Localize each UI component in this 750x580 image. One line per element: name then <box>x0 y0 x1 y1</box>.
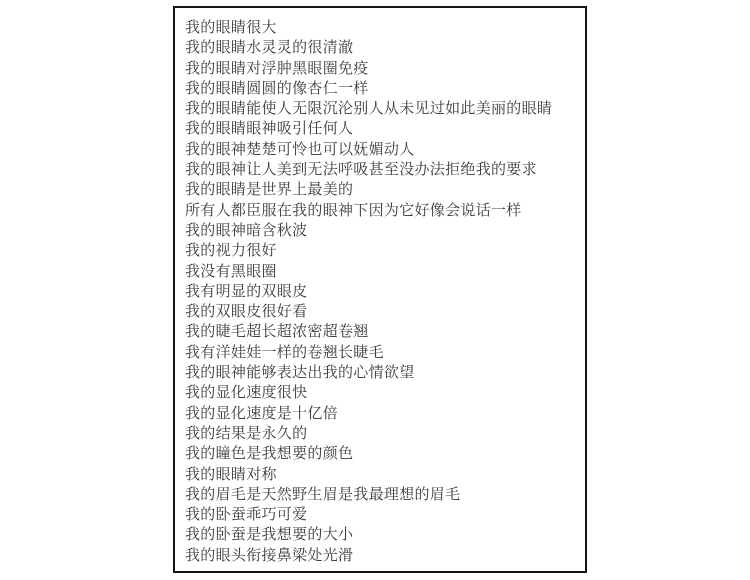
affirmation-line: 我有明显的双眼皮 <box>185 281 577 301</box>
affirmation-line: 我的双眼皮很好看 <box>185 301 577 321</box>
affirmation-line: 我的视力很好 <box>185 240 577 260</box>
affirmation-list-box: 我的眼睛很大 我的眼睛水灵灵的很清澈 我的眼睛对浮肿黑眼圈免疫 我的眼睛圆圆的像… <box>173 6 587 573</box>
affirmation-line: 我的显化速度是十亿倍 <box>185 403 577 423</box>
affirmation-line: 我的卧蚕是我想要的大小 <box>185 524 577 544</box>
affirmation-line: 我的睫毛超长超浓密超卷翘 <box>185 321 577 341</box>
affirmation-line: 我的眼神让人美到无法呼吸甚至没办法拒绝我的要求 <box>185 159 577 179</box>
page: 我的眼睛很大 我的眼睛水灵灵的很清澈 我的眼睛对浮肿黑眼圈免疫 我的眼睛圆圆的像… <box>0 0 750 580</box>
affirmation-line: 我的眼神楚楚可怜也可以妩媚动人 <box>185 139 577 159</box>
affirmation-line: 我的眼神能够表达出我的心情欲望 <box>185 362 577 382</box>
affirmation-line: 我的结果是永久的 <box>185 423 577 443</box>
affirmation-line: 我的眼睛水灵灵的很清澈 <box>185 37 577 57</box>
affirmation-line: 我的眼神暗含秋波 <box>185 220 577 240</box>
affirmation-line: 我的卧蚕乖巧可爱 <box>185 504 577 524</box>
affirmation-line: 我的显化速度很快 <box>185 382 577 402</box>
affirmation-line: 我的眼睛圆圆的像杏仁一样 <box>185 78 577 98</box>
affirmation-line: 我的眼睛对称 <box>185 464 577 484</box>
affirmation-line: 我的眼睛对浮肿黑眼圈免疫 <box>185 58 577 78</box>
affirmation-line: 我有洋娃娃一样的卷翘长睫毛 <box>185 342 577 362</box>
affirmation-line: 我没有黑眼圈 <box>185 261 577 281</box>
affirmation-line: 我的眉毛是天然野生眉是我最理想的眉毛 <box>185 484 577 504</box>
affirmation-line: 我的眼睛眼神吸引任何人 <box>185 118 577 138</box>
affirmation-line: 我的眼头衔接鼻梁处光滑 <box>185 545 577 565</box>
affirmation-line: 我的瞳色是我想要的颜色 <box>185 443 577 463</box>
affirmation-line: 我的眼睛很大 <box>185 17 577 37</box>
affirmation-line: 我的眼睛能使人无限沉沦别人从未见过如此美丽的眼睛 <box>185 98 577 118</box>
affirmation-line: 我的眼睛是世界上最美的 <box>185 179 577 199</box>
affirmation-line: 所有人都臣服在我的眼神下因为它好像会说话一样 <box>185 200 577 220</box>
